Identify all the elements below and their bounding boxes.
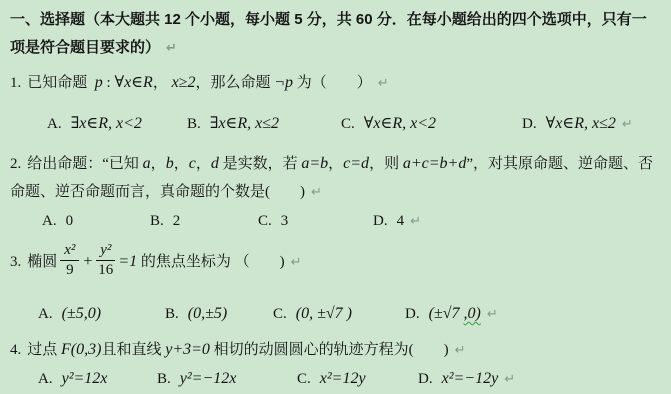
question-4-options: A.y²=12xB.y²=−12xC.x²=12yD.x²=−12y↵ xyxy=(10,365,661,393)
fraction-denominator: 16 xyxy=(98,261,113,279)
math-segment: b xyxy=(166,155,174,172)
text-segment: 已知命题 xyxy=(27,75,95,91)
option-text: x²=−12y xyxy=(442,370,499,387)
option-label: A. xyxy=(38,306,53,322)
math-segment: + xyxy=(82,253,93,270)
option-label: B. xyxy=(150,213,164,229)
math-segment: a xyxy=(143,155,151,172)
option-d: D.x²=−12y↵ xyxy=(418,365,515,394)
option-label: D. xyxy=(418,371,433,387)
option-c: C.3 xyxy=(258,207,288,235)
text-segment: ， xyxy=(174,156,189,172)
fraction-numerator: y² xyxy=(96,242,115,261)
question-3-options: A.(±5,0)B.(0,±5)C.(0, ±√7 )D.(±√7 ,0)↵ xyxy=(10,300,661,328)
question-1-options: A.∃x∈R, x<2B.∃x∈R, x≤2C.∀x∈R, x<2D.∀x∈R,… xyxy=(10,110,661,138)
option-text: ∀x∈R, x≤2 xyxy=(546,115,616,132)
text-segment: ， xyxy=(328,156,343,172)
option-text: 4 xyxy=(397,213,405,229)
math-segment: x≥2 xyxy=(172,74,196,91)
paragraph-mark-icon: ↵ xyxy=(311,185,322,200)
option-d: D.4↵ xyxy=(373,207,421,236)
option-a: A.y²=12x xyxy=(38,365,107,393)
question-number: 2. xyxy=(10,156,21,172)
question-2: 2.给出命题：“已知 a，b，c，d 是实数，若 a=b，c=d，则 a+c=b… xyxy=(10,150,661,235)
question-number: 4. xyxy=(10,342,21,358)
paragraph-mark-icon: ↵ xyxy=(622,117,633,132)
math-segment: y+3=0 xyxy=(165,341,210,358)
text-segment: 过点 xyxy=(27,342,61,358)
option-d: D.(±√7 ,0)↵ xyxy=(405,300,498,329)
paragraph-mark-icon: ↵ xyxy=(166,41,177,56)
question-4: 4.过点 F(0,3)且和直线 y+3=0 相切的动圆圆心的轨迹方程为( )↵ … xyxy=(10,336,661,393)
math-segment: F(0,3) xyxy=(61,341,101,358)
paragraph-mark-icon: ↵ xyxy=(504,372,515,387)
option-b: B.2 xyxy=(150,207,180,235)
option-text: y²=12x xyxy=(62,370,108,387)
text-segment: ， xyxy=(153,75,172,91)
paragraph-mark-icon: ↵ xyxy=(487,307,498,322)
text-segment: 的焦点坐标为 （ ) xyxy=(137,254,285,270)
option-label: C. xyxy=(297,371,311,387)
text-segment: ， xyxy=(196,156,211,172)
paragraph-mark-icon: ↵ xyxy=(455,343,466,358)
option-text: (0,±5) xyxy=(188,305,227,322)
paragraph-mark-icon: ↵ xyxy=(378,76,389,91)
option-text: (±√7 xyxy=(429,305,464,322)
option-b: B.y²=−12x xyxy=(157,365,236,393)
text-segment: ，那么命题 xyxy=(195,75,274,91)
option-c: C.∀x∈R, x<2 xyxy=(341,110,436,138)
fraction: x²9 xyxy=(60,242,79,280)
fraction-numerator: x² xyxy=(60,242,79,261)
question-2-options: A.0B.2C.3D.4↵ xyxy=(10,207,661,235)
paragraph-mark-icon: ↵ xyxy=(410,214,421,229)
option-label: C. xyxy=(341,116,355,132)
option-text: x²=12y xyxy=(320,370,366,387)
math-segment: a=b xyxy=(301,155,328,172)
option-text: ∃x∈R, x<2 xyxy=(71,115,142,132)
math-segment: c=d xyxy=(343,155,369,172)
text-segment: ，则 xyxy=(369,156,403,172)
option-text: 0 xyxy=(66,213,74,229)
question-text: 椭圆x²9+y²16=1 的焦点坐标为 （ ) xyxy=(27,254,284,270)
math-segment: p xyxy=(95,74,103,91)
option-c: C.(0, ±√7 ) xyxy=(273,300,352,328)
option-text: 2 xyxy=(173,213,181,229)
exam-document: { "page": { "background_color": "#cee6d0… xyxy=(0,0,671,394)
question-2-stem: 2.给出命题：“已知 a，b，c，d 是实数，若 a=b，c=d，则 a+c=b… xyxy=(10,150,661,207)
option-a: A.(±5,0) xyxy=(38,300,101,328)
text-segment: ， xyxy=(151,156,166,172)
option-label: B. xyxy=(187,116,201,132)
option-label: D. xyxy=(405,306,420,322)
option-label: A. xyxy=(47,116,62,132)
text-segment: 为（ ） xyxy=(293,75,372,91)
math-segment: ¬p xyxy=(274,74,293,91)
option-b: B.∃x∈R, x≤2 xyxy=(187,110,279,138)
math-segment: =1 xyxy=(118,253,137,270)
question-3: 3.椭圆x²9+y²16=1 的焦点坐标为 （ )↵ A.(±5,0)B.(0,… xyxy=(10,239,661,328)
text-segment: 给出命题：“已知 xyxy=(27,156,142,172)
option-text: 3 xyxy=(281,213,289,229)
question-text: 已知命题 p : ∀x∈R， x≥2，那么命题 ¬p 为（ ） xyxy=(27,75,372,91)
question-number: 3. xyxy=(10,254,21,270)
question-1: 1.已知命题 p : ∀x∈R， x≥2，那么命题 ¬p 为（ ）↵ A.∃x∈… xyxy=(10,69,661,138)
option-label: A. xyxy=(38,371,53,387)
option-c: C.x²=12y xyxy=(297,365,366,393)
option-label: D. xyxy=(373,213,388,229)
option-label: C. xyxy=(273,306,287,322)
section-header-text: 一、选择题（本大题共 12 个小题，每小题 5 分，共 60 分．在每小题给出的… xyxy=(10,11,647,56)
text-segment: 相切的动圆圆心的轨迹方程为( ) xyxy=(210,342,449,358)
fraction-denominator: 9 xyxy=(66,261,74,279)
math-segment: a+c=b+d xyxy=(403,155,467,172)
option-a: A.∃x∈R, x<2 xyxy=(47,110,142,138)
text-segment: 是实数，若 xyxy=(219,156,302,172)
fraction: y²16 xyxy=(96,242,115,280)
option-text: (0, ±√7 ) xyxy=(296,305,352,322)
question-text: 给出命题：“已知 a，b，c，d 是实数，若 a=b，c=d，则 a+c=b+d… xyxy=(10,156,653,200)
document-body: 一、选择题（本大题共 12 个小题，每小题 5 分，共 60 分．在每小题给出的… xyxy=(0,0,671,393)
section-header: 一、选择题（本大题共 12 个小题，每小题 5 分，共 60 分．在每小题给出的… xyxy=(10,6,661,63)
option-label: C. xyxy=(258,213,272,229)
option-label: A. xyxy=(42,213,57,229)
question-3-stem: 3.椭圆x²9+y²16=1 的焦点坐标为 （ )↵ xyxy=(10,239,661,286)
option-text: y²=−12x xyxy=(180,370,237,387)
math-segment: c xyxy=(189,155,196,172)
option-text-spellcheck-underline: ,0) xyxy=(463,305,480,322)
option-b: B.(0,±5) xyxy=(165,300,227,328)
question-4-stem: 4.过点 F(0,3)且和直线 y+3=0 相切的动圆圆心的轨迹方程为( )↵ xyxy=(10,336,661,365)
question-text: 过点 F(0,3)且和直线 y+3=0 相切的动圆圆心的轨迹方程为( ) xyxy=(27,342,448,358)
math-segment: d xyxy=(211,155,219,172)
text-segment: 椭圆 xyxy=(27,254,57,270)
option-d: D.∀x∈R, x≤2↵ xyxy=(522,110,633,139)
math-segment: ∀x∈R xyxy=(114,74,152,91)
question-1-stem: 1.已知命题 p : ∀x∈R， x≥2，那么命题 ¬p 为（ ）↵ xyxy=(10,69,661,98)
text-segment: 且和直线 xyxy=(101,342,165,358)
option-label: D. xyxy=(522,116,537,132)
option-text: ∀x∈R, x<2 xyxy=(364,115,436,132)
question-number: 1. xyxy=(10,75,21,91)
option-a: A.0 xyxy=(42,207,73,235)
option-label: B. xyxy=(157,371,171,387)
paragraph-mark-icon: ↵ xyxy=(291,255,302,270)
option-label: B. xyxy=(165,306,179,322)
option-text: ∃x∈R, x≤2 xyxy=(210,115,279,132)
option-text: (±5,0) xyxy=(62,305,101,322)
text-segment: : xyxy=(103,75,115,91)
